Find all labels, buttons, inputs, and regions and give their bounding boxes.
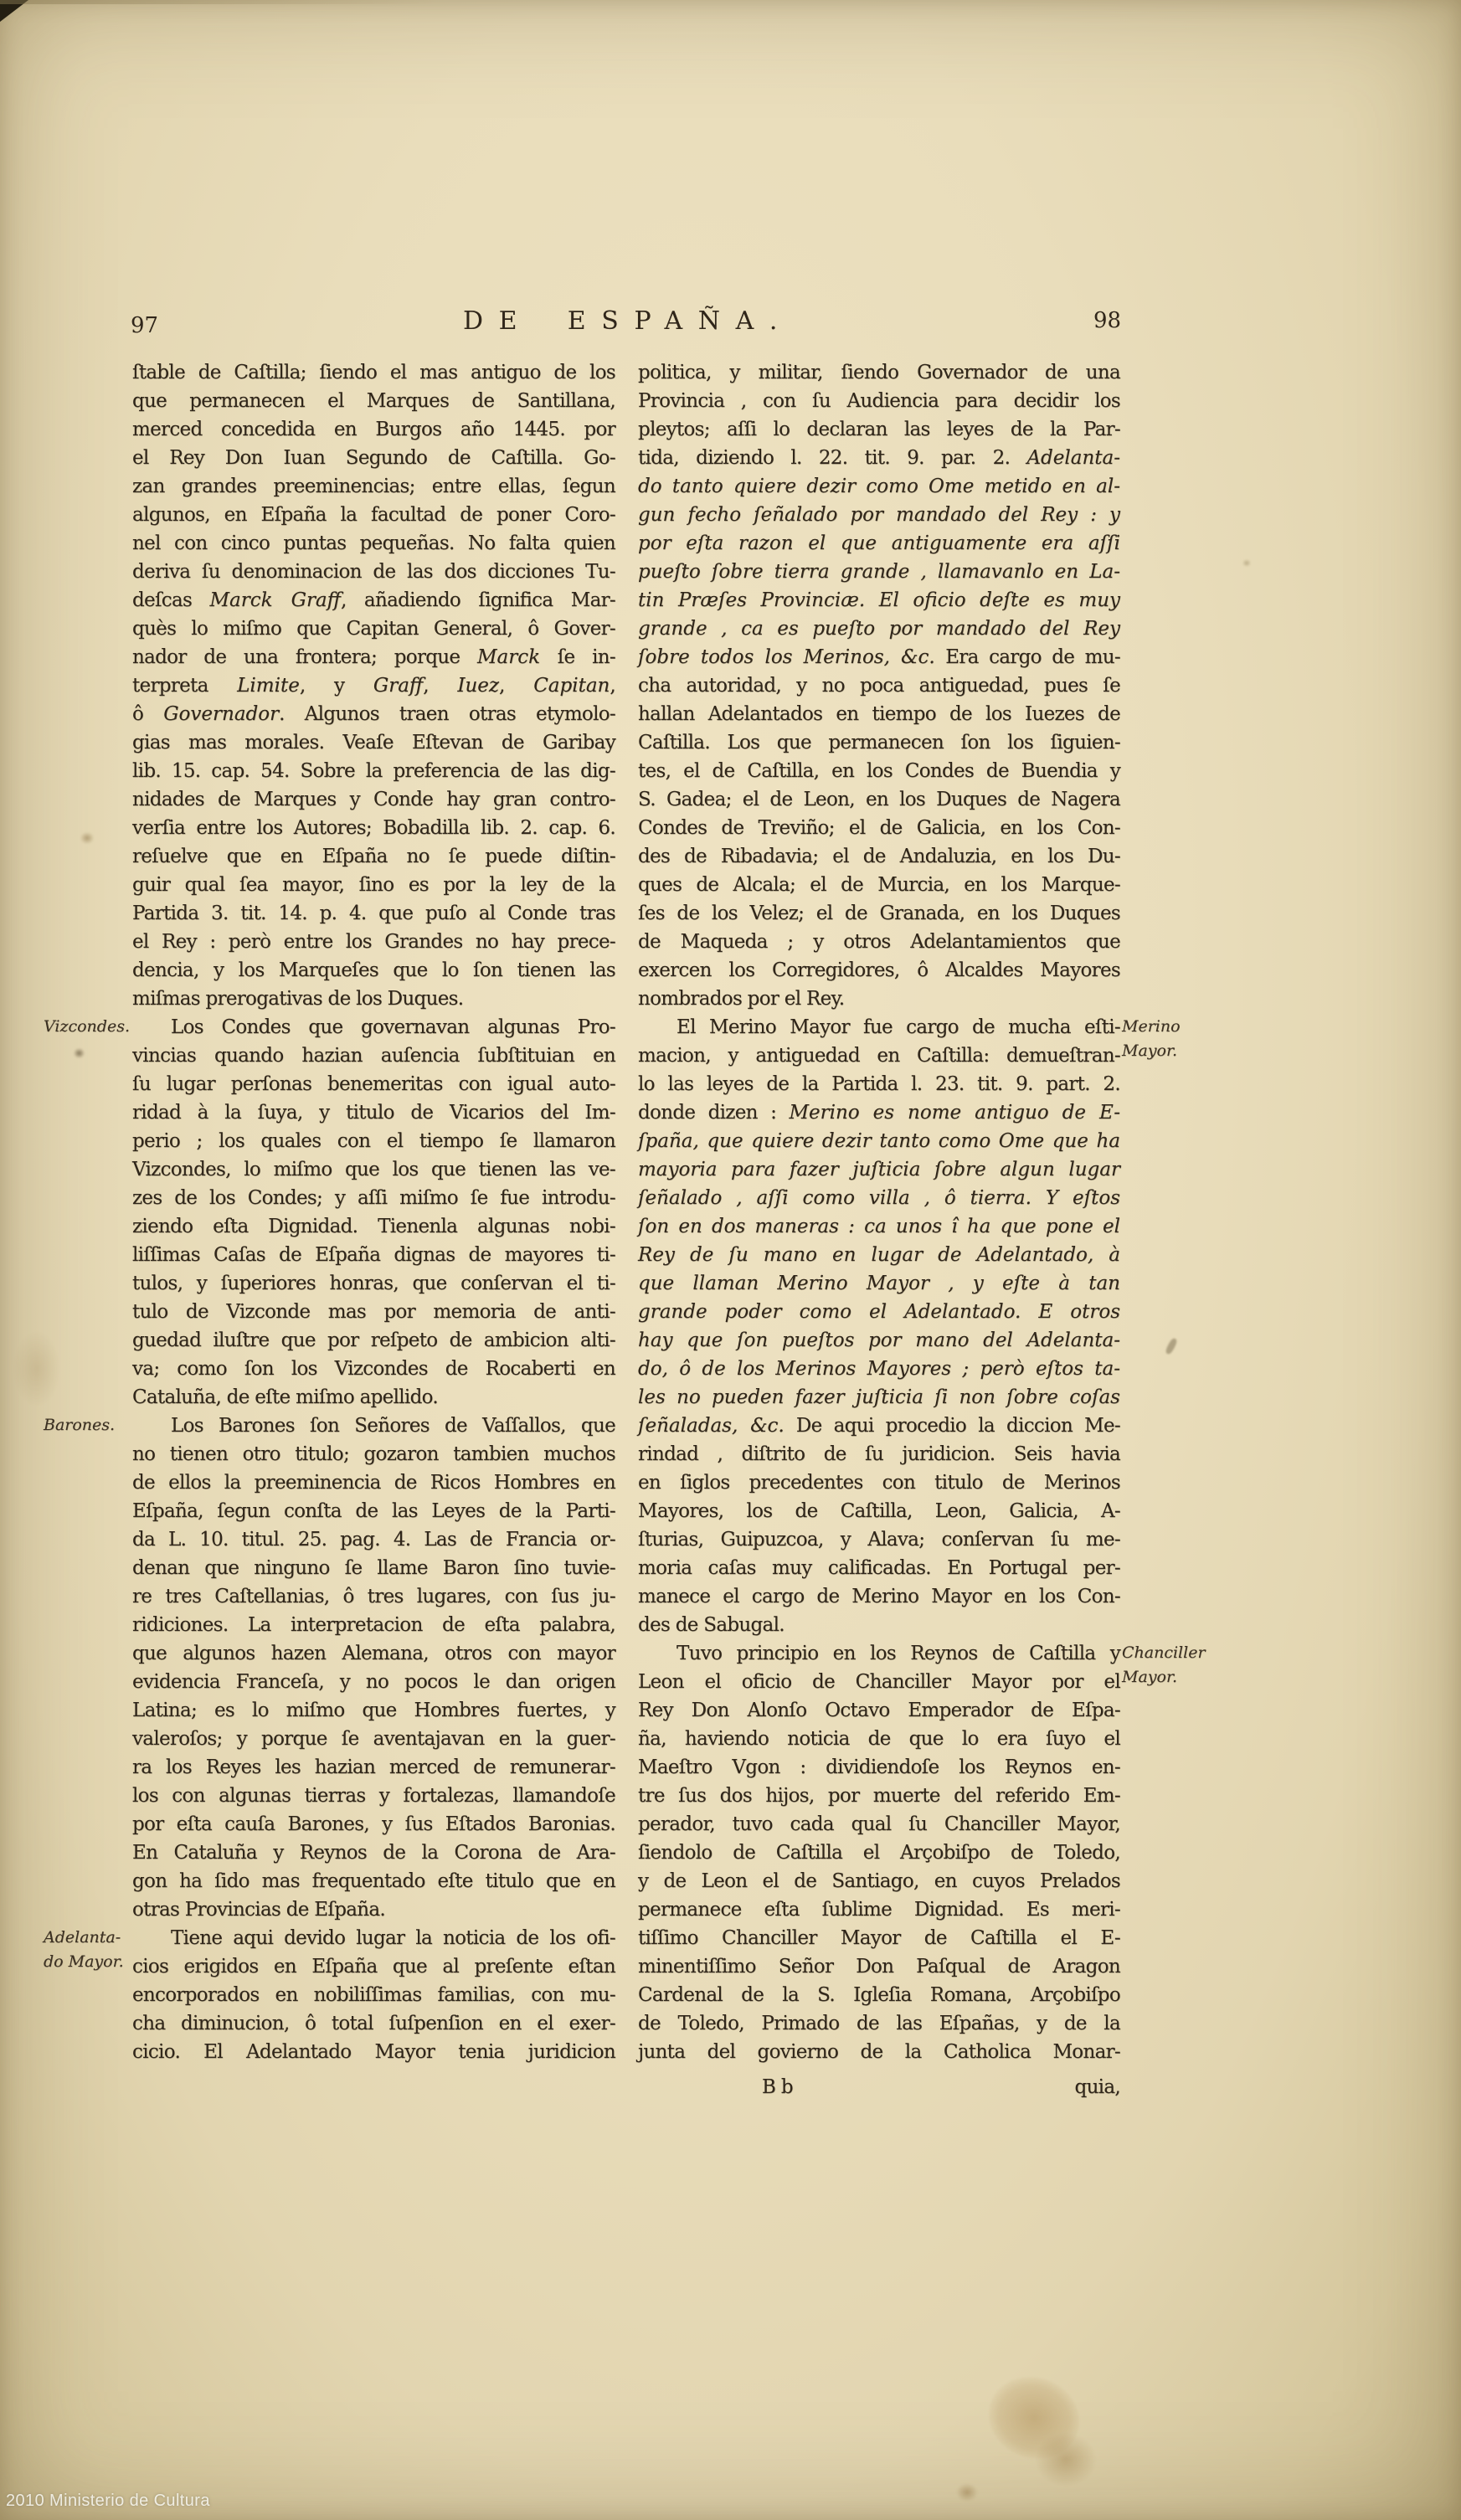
text-line: ques de Alcala; el de Murcia, en los Mar… [638,871,1120,899]
text-line: ſpaña, que quiere dezir tanto como Ome q… [638,1127,1120,1155]
text-line: Eſpaña, ſegun conſta de las Leyes de la … [132,1497,615,1525]
text-line: por eſta cauſa Barones, y ſus Eſtados Ba… [132,1810,615,1839]
text-line: S. Gadea; el de Leon, en los Duques de N… [638,785,1120,814]
margin-note: Vizcondes. [44,1015,132,1039]
text-line: politica, y militar, ſiendo Governador d… [638,358,1120,387]
text-line: de ellos la preeminencia de Ricos Hombre… [132,1468,615,1497]
text-line: cha autoridad, y no poca antiguedad, pue… [638,671,1120,700]
margin-note: Adelanta-do Mayor. [44,1926,132,1974]
text-line: Leon el oficio de Chanciller Mayor por e… [638,1668,1120,1696]
text-line: valeroſos; y porque ſe aventajavan en la… [132,1725,615,1753]
text-line: Vizcondes, lo miſmo que los que tienen l… [132,1155,615,1184]
text-line: mayoria para fazer juſticia ſobre algun … [638,1155,1120,1184]
book-page-scan: 97 DE ESPAÑA. 98 ſtable de Caſtilla; ſie… [0,0,1461,2520]
text-line: ſobre todos los Merinos, &c. Era cargo d… [638,643,1120,671]
text-line: verſia entre los Autores; Bobadilla lib.… [132,814,615,842]
text-line: Caſtilla. Los que permanecen ſon los ſig… [638,728,1120,757]
text-line: Cardenal de la S. Igleſia Romana, Arçobi… [638,1981,1120,2009]
text-line: Latina; es lo miſmo que Hombres fuertes,… [132,1696,615,1725]
text-line: ſeñaladas, &c. De aqui procedio la dicci… [638,1412,1120,1440]
text-line: gon ha ſido mas frequentado eſte titulo … [132,1867,615,1895]
margin-note: ChancillerMayor. [1122,1641,1239,1689]
text-line: gun fecho ſeñalado por mandado del Rey :… [638,501,1120,529]
paper-speck [1242,559,1251,567]
text-line: gias mas morales. Veaſe Eſtevan de Garib… [132,728,615,757]
text-line: denan que ninguno ſe llame Baron ſino tu… [132,1554,615,1582]
paper-stain [13,1331,60,1407]
text-line: que algunos hazen Alemana, otros con may… [132,1639,615,1668]
text-line: donde dizen : Merino es nome antiguo de … [638,1098,1120,1127]
text-line: ſtable de Caſtilla; ſiendo el mas antigu… [132,358,615,387]
margin-note: MerinoMayor. [1122,1015,1239,1063]
text-line: macion, y antiguedad en Caſtilla: demueſ… [638,1041,1120,1070]
text-line: ridad à la ſuya, y titulo de Vicarios de… [132,1098,615,1127]
paper-stain [1035,2433,1097,2487]
text-line: que permanecen el Marques de Santillana, [132,387,615,415]
text-line: re tres Caſtellanias, ô tres lugares, co… [132,1582,615,1611]
text-line: Partida 3. tit. 14. p. 4. que puſo al Co… [132,899,615,928]
text-line: ña, haviendo noticia de que lo era ſuyo … [638,1725,1120,1753]
paper-stain [956,2483,978,2502]
text-line: do, ô de los Merinos Mayores ; però eſto… [638,1355,1120,1383]
text-line: minentiſſimo Señor Don Paſqual de Aragon [638,1952,1120,1981]
text-line: moria caſas muy calificadas. En Portugal… [638,1554,1120,1582]
text-line: tre ſus dos hijos, por muerte del referi… [638,1782,1120,1810]
paper-stain [977,2364,1091,2471]
text-line: tiſſimo Chanciller Mayor de Caſtilla el … [638,1924,1120,1952]
scan-edge-shadow [0,0,1461,4]
text-line: tin Præſes Provinciæ. El oficio deſte es… [638,586,1120,615]
text-line: en ſiglos precedentes con titulo de Meri… [638,1468,1120,1497]
text-line: deriva ſu denominacion de las dos diccio… [132,558,615,586]
text-line: por eſta razon el que antiguamente era a… [638,529,1120,558]
text-line: de Toledo, Primado de las Eſpañas, y de … [638,2009,1120,2038]
text-line: el Rey Don Iuan Segundo de Caſtilla. Go- [132,444,615,472]
text-line: tulos, y ſuperiores honras, que conſerva… [132,1269,615,1298]
catchword: quia, [1075,2073,1120,2101]
text-line: Tiene aqui devido lugar la noticia de lo… [132,1924,615,1952]
text-line: Maeſtro Vgon : dividiendoſe los Reynos e… [638,1753,1120,1782]
text-line: hallan Adelantados en tiempo de los Iuez… [638,700,1120,728]
text-column-right: politica, y militar, ſiendo Governador d… [638,358,1120,2066]
text-line: zes de los Condes; y aſſi miſmo ſe fue i… [132,1184,615,1212]
text-line: terpreta Limite, y Graff, Iuez, Capitan, [132,671,615,700]
text-line: algunos, en Eſpaña la facultad de poner … [132,501,615,529]
text-line: lo las leyes de la Partida l. 23. tit. 9… [638,1070,1120,1098]
paper-speck [80,832,94,844]
text-line: va; como ſon los Vizcondes de Rocaberti … [132,1355,615,1383]
text-line: Condes de Treviño; el de Galicia, en los… [638,814,1120,842]
text-line: encorporados en nobiliſſimas familias, c… [132,1981,615,2009]
text-line: zan grandes preeminencias; entre ellas, … [132,472,615,501]
text-line: de Maqueda ; y otros Adelantamientos que [638,928,1120,956]
text-column-left: ſtable de Caſtilla; ſiendo el mas antigu… [132,358,615,2066]
text-line: perio ; los quales con el tiempo ſe llam… [132,1127,615,1155]
text-line: ſes de los Velez; el de Granada, en los … [638,899,1120,928]
signature-mark: B b [762,2073,793,2101]
text-line: tulo de Vizconde mas por memoria de anti… [132,1298,615,1326]
text-line: lib. 15. cap. 54. Sobre la preferencia d… [132,757,615,785]
text-line: El Merino Mayor fue cargo de mucha eſti- [638,1013,1120,1041]
text-line: liſſimas Caſas de Eſpaña dignas de mayor… [132,1241,615,1269]
text-line: Mayores, los de Caſtilla, Leon, Galicia,… [638,1497,1120,1525]
text-line: ſiendolo de Caſtilla el Arçobiſpo de Tol… [638,1839,1120,1867]
text-line: da L. 10. titul. 25. pag. 4. Las de Fran… [132,1525,615,1554]
text-line: que llaman Merino Mayor , y eſte à tan [638,1269,1120,1298]
text-line: grande , ca es pueſto por mandado del Re… [638,615,1120,643]
text-line: nidades de Marques y Conde hay gran cont… [132,785,615,814]
text-line: exercen los Corregidores, ô Alcaldes May… [638,956,1120,985]
text-line: ô Governador. Algunos traen otras etymol… [132,700,615,728]
text-line: pleytos; aſſi lo declaran las leyes de l… [638,415,1120,444]
text-line: Los Condes que governavan algunas Pro- [132,1013,615,1041]
text-line: reſuelve que en Eſpaña no ſe puede diſti… [132,842,615,871]
text-line: perador, tuvo cada qual ſu Chanciller Ma… [638,1810,1120,1839]
scan-corner-shadow [0,0,28,22]
text-line: ridiciones. La interpretacion de eſta pa… [132,1611,615,1639]
text-line: vincias quando hazian auſencia ſubſtitui… [132,1041,615,1070]
text-line: cha diminucion, ô total ſuſpenſion en el… [132,2009,615,2038]
text-line: grande poder como el Adelantado. E otros [638,1298,1120,1326]
text-line: rindad , diſtrito de ſu juridicion. Seis… [638,1440,1120,1468]
text-line: cios erigidos en Eſpaña que al preſente … [132,1952,615,1981]
text-line: ſon en dos maneras : ca unos î ha que po… [638,1212,1120,1241]
text-line: Rey de ſu mano en lugar de Adelantado, à [638,1241,1120,1269]
text-line: ſu lugar perſonas benemeritas con igual … [132,1070,615,1098]
text-line: permanece eſta ſublime Dignidad. Es meri… [638,1895,1120,1924]
text-line: Tuvo principio en los Reynos de Caſtilla… [638,1639,1120,1668]
paper-speck [1165,1337,1178,1355]
text-line: el Rey : però entre los Grandes no hay p… [132,928,615,956]
text-line: manece el cargo de Merino Mayor en los C… [638,1582,1120,1611]
margin-note: Barones. [44,1413,132,1437]
text-line: los con algunas tierras y fortalezas, ll… [132,1782,615,1810]
text-line: dencia, y los Marqueſes que lo ſon tiene… [132,956,615,985]
page-header: 97 DE ESPAÑA. 98 [0,306,1461,343]
text-line: nador de una frontera; porque Marck ſe i… [132,643,615,671]
text-line: ziendo eſta Dignidad. Tienenla algunas n… [132,1212,615,1241]
text-line: des de Ribadavia; el de Andaluzia, en lo… [638,842,1120,871]
text-line: merced concedida en Burgos año 1445. por [132,415,615,444]
text-line: Rey Don Alonſo Octavo Emperador de Eſpa- [638,1696,1120,1725]
text-line: no tienen otro titulo; gozaron tambien m… [132,1440,615,1468]
paper-speck [74,1048,85,1058]
page-number-right: 98 [1093,308,1121,333]
text-line: evidencia Franceſa, y no pocos le dan or… [132,1668,615,1696]
text-line: pueſto ſobre tierra grande , llamavanlo … [638,558,1120,586]
text-line: cicio. El Adelantado Mayor tenia juridic… [132,2038,615,2066]
text-line: nel con cinco puntas pequeñas. No falta … [132,529,615,558]
text-line: tida, diziendo l. 22. tit. 9. par. 2. Ad… [638,444,1120,472]
library-watermark: 2010 Ministerio de Cultura [6,2492,210,2511]
text-line: Provincia , con ſu Audiencia para decidi… [638,387,1120,415]
bottom-line: B b quia, [638,2073,1120,2101]
text-line: En Cataluña y Reynos de la Corona de Ara… [132,1839,615,1867]
text-line: les no pueden fazer juſticia ſi non ſobr… [638,1383,1120,1412]
text-line: ſeñalado , aſſi como villa , ô tierra. Y… [638,1184,1120,1212]
text-line: tes, el de Caſtilla, en los Condes de Bu… [638,757,1120,785]
text-line: y de Leon el de Santiago, en cuyos Prela… [638,1867,1120,1895]
text-line: junta del govierno de la Catholica Monar… [638,2038,1120,2066]
text-line: hay que ſon pueſtos por mano del Adelant… [638,1326,1120,1355]
text-line: deſcas Marck Graff, añadiendo ſignifica … [132,586,615,615]
text-line: Los Barones ſon Señores de Vaſſallos, qu… [132,1412,615,1440]
text-line: quès lo miſmo que Capitan General, ô Gov… [132,615,615,643]
text-line: guedad iluſtre que por reſpeto de ambici… [132,1326,615,1355]
text-line: ſturias, Guipuzcoa, y Alava; conſervan ſ… [638,1525,1120,1554]
text-line: guir qual ſea mayor, ſino es por la ley … [132,871,615,899]
page-number-left: 97 [131,313,158,338]
text-line: do tanto quiere dezir como Ome metido en… [638,472,1120,501]
page-title: DE ESPAÑA. [368,306,887,336]
text-line: ra los Reyes les hazian merced de remune… [132,1753,615,1782]
